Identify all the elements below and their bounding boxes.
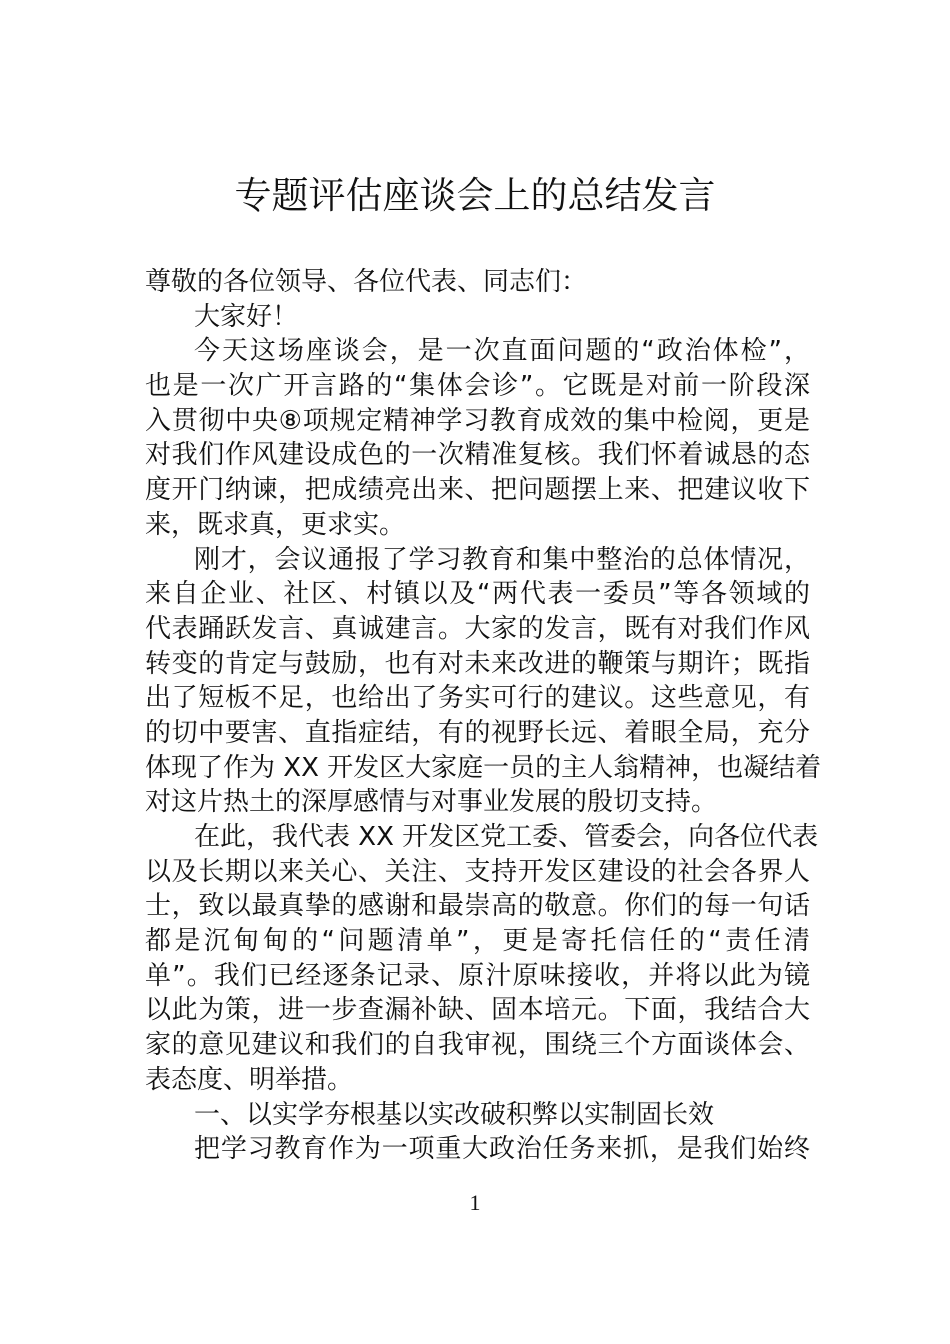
page-number: 1 [0,1190,950,1216]
text-line: 今天这场座谈会，是一次直面问题的“政治体检”， [145,334,810,369]
text-line: 士，致以最真挚的感谢和最崇高的敬意。你们的每一句话 [145,889,810,924]
text-line: 尊敬的各位领导、各位代表、同志们： [145,265,810,300]
text-line: 的切中要害、直指症结，有的视野长远、着眼全局，充分 [145,716,810,751]
text-line: 代表踊跃发言、真诚建言。大家的发言，既有对我们作风 [145,612,810,647]
text-line: 对我们作风建设成色的一次精准复核。我们怀着诚恳的态 [145,438,810,473]
document-body: 尊敬的各位领导、各位代表、同志们：大家好！今天这场座谈会，是一次直面问题的“政治… [145,265,810,1167]
text-line: 也是一次广开言路的“集体会诊”。它既是对前一阶段深 [145,369,810,404]
text-line: 大家好！ [145,300,810,335]
text-line: 一、以实学夯根基以实改破积弊以实制固长效 [145,1098,810,1133]
text-line: 入贯彻中央⑧项规定精神学习教育成效的集中检阅，更是 [145,404,810,439]
text-line: 以此为策，进一步查漏补缺、固本培元。下面，我结合大 [145,993,810,1028]
text-line: 单”。我们已经逐条记录、原汁原味接收，并将以此为镜 [145,959,810,994]
text-line: 来，既求真，更求实。 [145,508,810,543]
text-line: 转变的肯定与鼓励，也有对未来改进的鞭策与期许；既指 [145,647,810,682]
text-line: 对这片热土的深厚感情与对事业发展的殷切支持。 [145,785,810,820]
text-line: 在此，我代表 XX 开发区党工委、管委会，向各位代表 [145,820,810,855]
text-line: 度开门纳谏，把成绩亮出来、把问题摆上来、把建议收下 [145,473,810,508]
text-line: 以及长期以来关心、关注、支持开发区建设的社会各界人 [145,855,810,890]
text-line: 来自企业、社区、村镇以及“两代表一委员”等各领域的 [145,577,810,612]
text-line: 把学习教育作为一项重大政治任务来抓，是我们始终 [145,1132,810,1167]
document-title: 专题评估座谈会上的总结发言 [0,172,950,220]
document-page: 专题评估座谈会上的总结发言 尊敬的各位领导、各位代表、同志们：大家好！今天这场座… [0,0,950,1344]
text-line: 刚才，会议通报了学习教育和集中整治的总体情况， [145,543,810,578]
text-line: 家的意见建议和我们的自我审视，围绕三个方面谈体会、 [145,1028,810,1063]
text-line: 体现了作为 XX 开发区大家庭一员的主人翁精神，也凝结着 [145,751,810,786]
text-line: 表态度、明举措。 [145,1063,810,1098]
text-line: 出了短板不足，也给出了务实可行的建议。这些意见，有 [145,681,810,716]
text-line: 都是沉甸甸的“问题清单”，更是寄托信任的“责任清 [145,924,810,959]
